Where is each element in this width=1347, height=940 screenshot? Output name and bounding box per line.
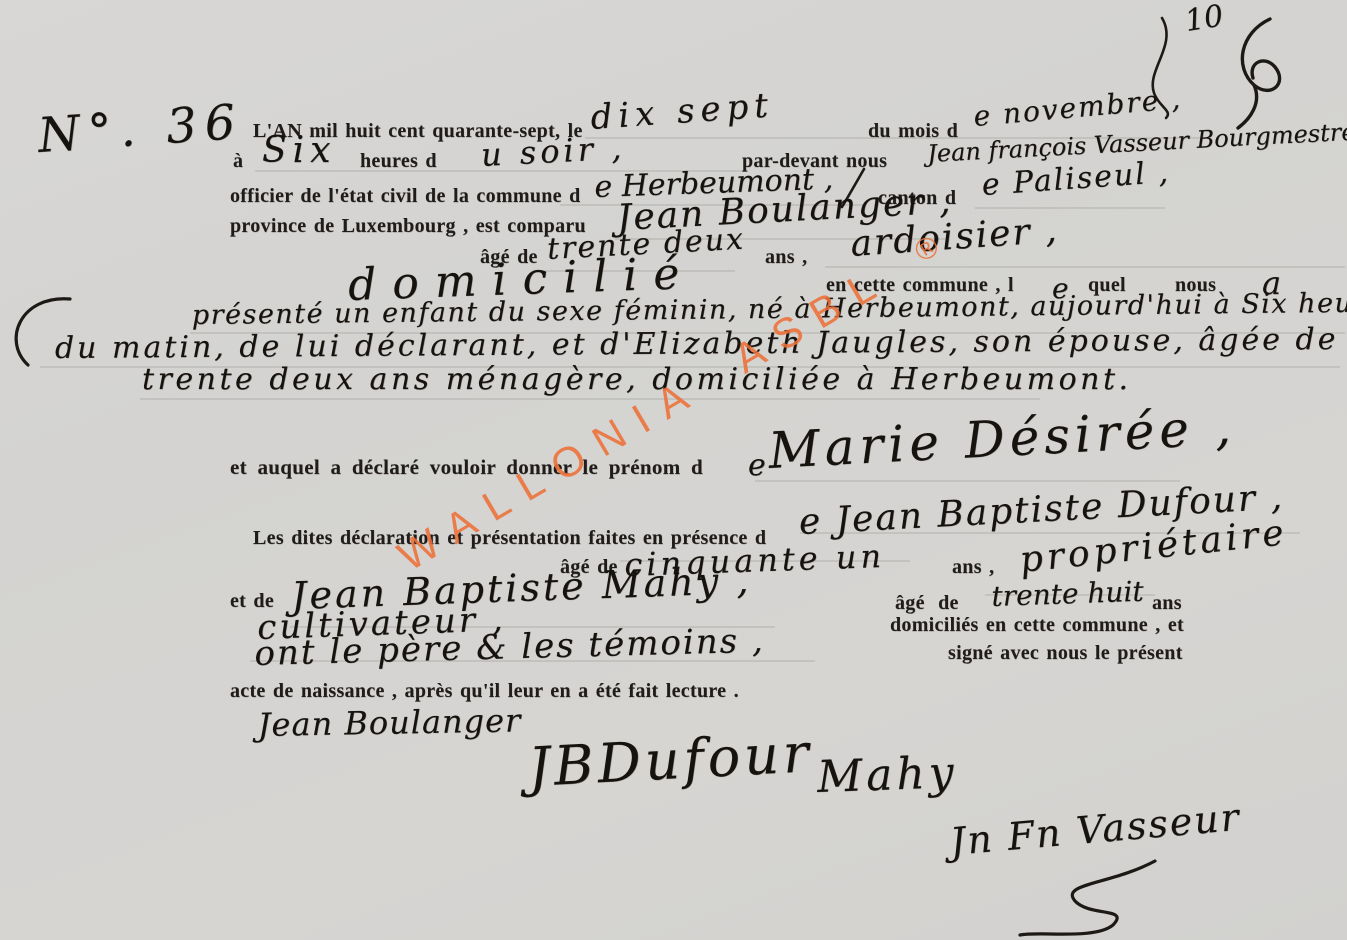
- printed-text: officier de l'état civil de la commune d: [230, 185, 581, 208]
- act-number: N°. 36: [36, 94, 245, 164]
- ruled-line: [975, 207, 1165, 209]
- signature-flourish: [1015, 855, 1165, 940]
- handwritten-hour: Six: [262, 130, 336, 171]
- signature-witness2: Mahy: [816, 747, 958, 803]
- printed-text: et auquel a déclaré vouloir donner le pr…: [230, 455, 703, 480]
- printed-text: ans: [1152, 592, 1182, 615]
- printed-text: âgé de: [895, 592, 959, 615]
- printed-text: province de Luxembourg , est comparu: [230, 215, 586, 238]
- scanned-birth-record-page: 10 N°. 36 L'AN mil huit cent quarante-se…: [0, 0, 1347, 940]
- ruled-line: [140, 398, 1040, 400]
- handwritten-witness2-age: trente huit: [991, 575, 1144, 613]
- printed-text: signé avec nous le présent: [948, 642, 1183, 665]
- pen-flourish: [1128, 15, 1180, 121]
- printed-text: ans ,: [952, 556, 994, 579]
- printed-text: domiciliés en cette commune , et: [890, 614, 1184, 637]
- signature-officer: Jn Fn Vasseur: [948, 795, 1242, 864]
- ruled-line: [755, 480, 1180, 482]
- signature-witness1: JBDufour: [527, 721, 814, 799]
- handwritten-letter: e: [748, 448, 766, 483]
- printed-text: à: [233, 150, 243, 173]
- printed-text: acte de naissance , après qu'il leur en …: [230, 680, 739, 703]
- handwritten-line-mother2: trente deux ans ménagère, domiciliée à H…: [142, 362, 1132, 397]
- handwritten-child-name: Marie Désirée ,: [767, 398, 1237, 480]
- signature-declarant: Jean Boulanger: [257, 701, 521, 744]
- printed-text: heures d: [360, 150, 437, 173]
- paraph-flourish: [1218, 15, 1300, 133]
- printed-text: ans ,: [765, 246, 807, 269]
- handwritten-period: u soir ,: [480, 128, 626, 174]
